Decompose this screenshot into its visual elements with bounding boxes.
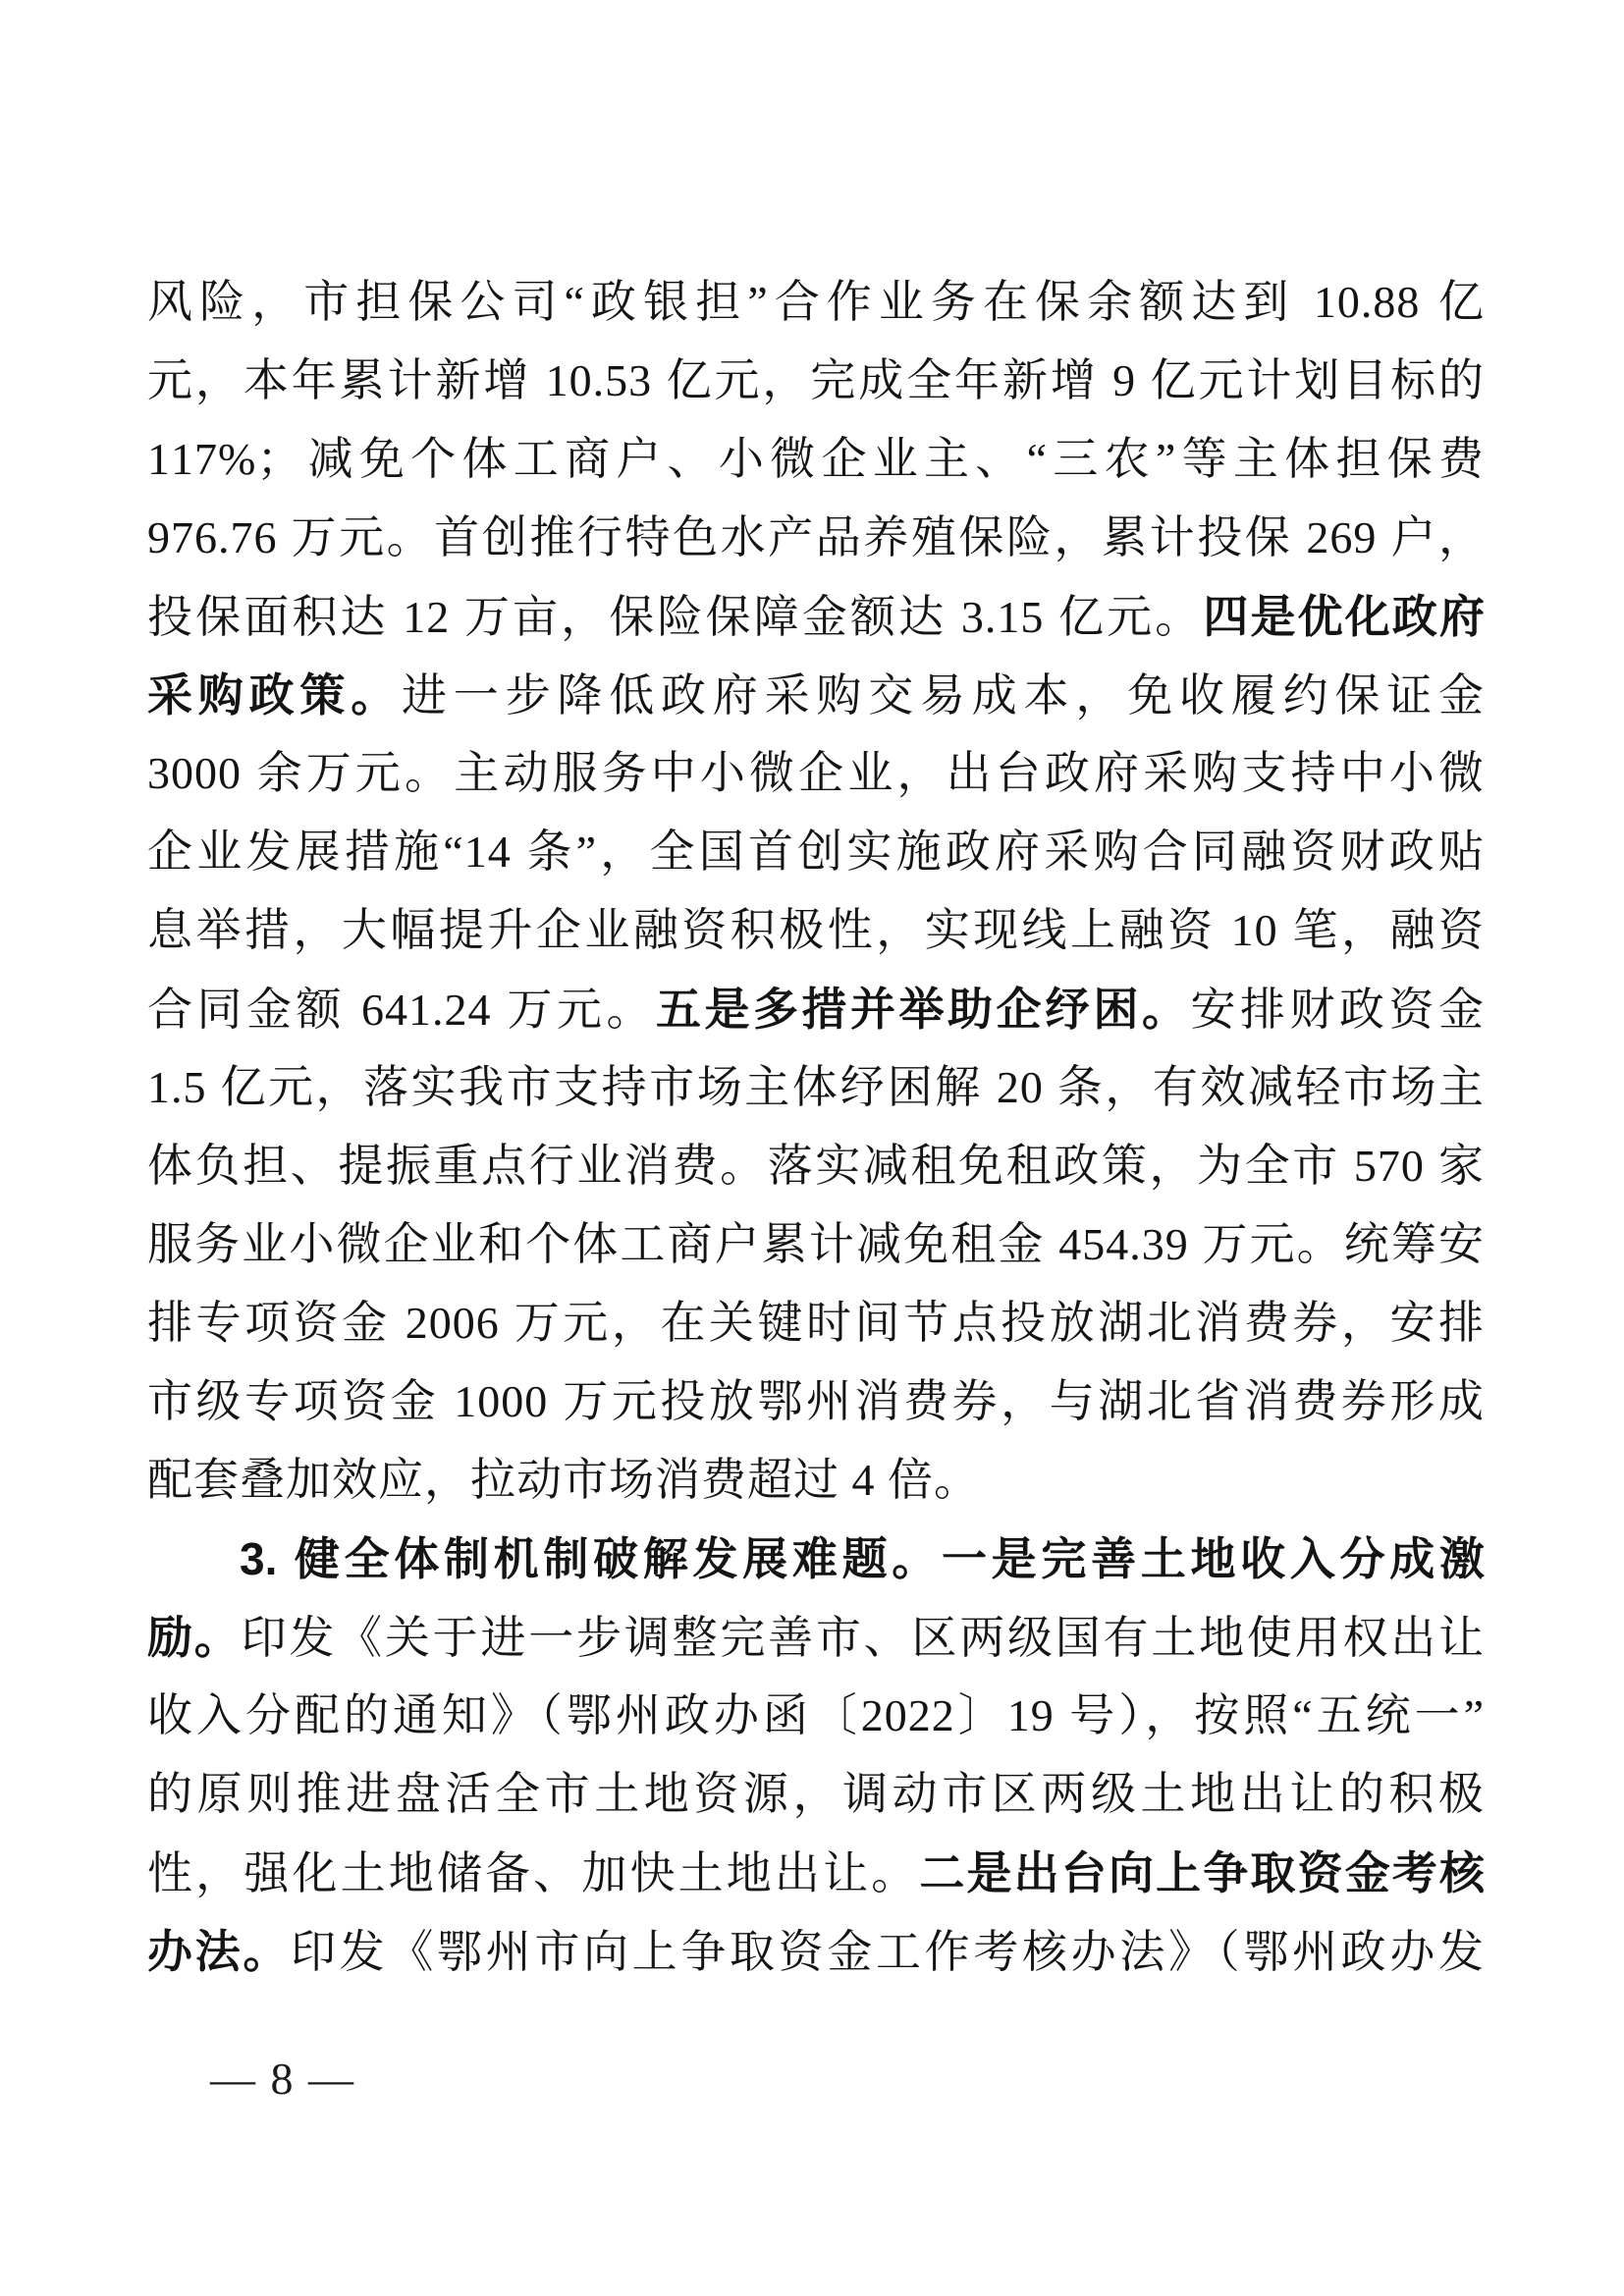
- text-line: 收入分配的通知》（鄂州政办函〔2022〕19 号），按照“五统一”: [147, 1677, 1485, 1755]
- text-line: 体负担、提振重点行业消费。落实减租免租政策，为全市 570 家: [147, 1127, 1485, 1205]
- text-segment: 印发《关于进一步调整完善市、区两级国有土地使用权出让: [242, 1613, 1485, 1663]
- text-segment: 元，本年累计新增 10.53 亿元，完成全年新增 9 亿元计划目标的: [147, 355, 1485, 405]
- page-number: — 8 —: [210, 2054, 355, 2104]
- bold-text-segment: 采购政策。: [147, 669, 402, 721]
- text-line: 合同金额 641.24 万元。五是多措并举助企纾困。安排财政资金: [147, 970, 1485, 1048]
- page-footer: — 8 —: [210, 2050, 355, 2109]
- text-segment: 体负担、提振重点行业消费。落实减租免租政策，为全市 570 家: [147, 1141, 1485, 1191]
- text-segment: 息举措，大幅提升企业融资积极性，实现线上融资 10 笔，融资: [147, 905, 1485, 955]
- text-segment: 117%；减免个体工商户、小微企业主、“三农”等主体担保费: [147, 434, 1485, 484]
- text-line: 风险，市担保公司“政银担”合作业务在保余额达到 10.88 亿: [147, 263, 1485, 342]
- bold-text-segment: 五是多措并举助企纾困。: [656, 984, 1191, 1035]
- text-segment: 印发《鄂州市向上争取资金工作考核办法》（鄂州政办发: [291, 1927, 1485, 1977]
- text-segment: 进一步降低政府采购交易成本，免收履约保证金: [402, 670, 1485, 721]
- text-segment: 3000 余万元。主动服务中小微企业，出台政府采购支持中小微: [147, 748, 1485, 798]
- text-segment: 配套叠加效应，拉动市场消费超过 4 倍。: [147, 1455, 980, 1505]
- text-segment: 服务业小微企业和个体工商户累计减免租金 454.39 万元。统筹安: [147, 1219, 1485, 1269]
- text-line: 企业发展措施“14 条”，全国首创实施政府采购合同融资财政贴: [147, 813, 1485, 891]
- text-line: 息举措，大幅提升企业融资积极性，实现线上融资 10 笔，融资: [147, 891, 1485, 970]
- text-line: 配套叠加效应，拉动市场消费超过 4 倍。: [147, 1441, 1485, 1520]
- bold-text-segment: 四是优化政府: [1203, 591, 1485, 642]
- text-line: 办法。印发《鄂州市向上争取资金工作考核办法》（鄂州政办发: [147, 1912, 1485, 1991]
- text-segment: 风险，市担保公司“政银担”合作业务在保余额达到 10.88 亿: [147, 277, 1485, 327]
- bold-text-segment: 二是出台向上争取资金考核: [919, 1847, 1485, 1898]
- bold-text-segment: 3. 健全体制机制破解发展难题。一是完善土地收入分成激: [240, 1533, 1485, 1584]
- text-line: 励。印发《关于进一步调整完善市、区两级国有土地使用权出让: [147, 1598, 1485, 1677]
- bold-text-segment: 办法。: [147, 1926, 291, 1977]
- text-segment: 的原则推进盘活全市土地资源，调动市区两级土地出让的积极: [147, 1769, 1485, 1819]
- text-line: 投保面积达 12 万亩，保险保障金额达 3.15 亿元。四是优化政府: [147, 577, 1485, 656]
- text-line: 采购政策。进一步降低政府采购交易成本，免收履约保证金: [147, 656, 1485, 734]
- text-line: 976.76 万元。首创推行特色水产品养殖保险，累计投保 269 户，: [147, 499, 1485, 577]
- text-segment: 性，强化土地储备、加快土地出让。: [147, 1848, 919, 1898]
- text-segment: 976.76 万元。首创推行特色水产品养殖保险，累计投保 269 户，: [147, 512, 1485, 562]
- text-line: 1.5 亿元，落实我市支持市场主体纾困解 20 条，有效减轻市场主: [147, 1048, 1485, 1127]
- text-line: 排专项资金 2006 万元，在关键时间节点投放湖北消费券，安排: [147, 1284, 1485, 1362]
- text-line: 3000 余万元。主动服务中小微企业，出台政府采购支持中小微: [147, 734, 1485, 813]
- text-segment: 合同金额 641.24 万元。: [147, 985, 656, 1035]
- text-segment: 1.5 亿元，落实我市支持市场主体纾困解 20 条，有效减轻市场主: [147, 1062, 1485, 1112]
- text-line: 的原则推进盘活全市土地资源，调动市区两级土地出让的积极: [147, 1755, 1485, 1834]
- text-segment: 市级专项资金 1000 万元投放鄂州消费券，与湖北省消费券形成: [147, 1376, 1485, 1426]
- text-segment: 企业发展措施“14 条”，全国首创实施政府采购合同融资财政贴: [147, 827, 1485, 877]
- text-line: 服务业小微企业和个体工商户累计减免租金 454.39 万元。统筹安: [147, 1205, 1485, 1284]
- text-segment: 收入分配的通知》（鄂州政办函〔2022〕19 号），按照“五统一”: [147, 1690, 1485, 1740]
- text-line: 市级专项资金 1000 万元投放鄂州消费券，与湖北省消费券形成: [147, 1362, 1485, 1441]
- text-line: 3. 健全体制机制破解发展难题。一是完善土地收入分成激: [147, 1520, 1485, 1598]
- text-line: 117%；减免个体工商户、小微企业主、“三农”等主体担保费: [147, 420, 1485, 499]
- text-line: 性，强化土地储备、加快土地出让。二是出台向上争取资金考核: [147, 1834, 1485, 1912]
- document-page: 风险，市担保公司“政银担”合作业务在保余额达到 10.88 亿元，本年累计新增 …: [0, 0, 1624, 2296]
- text-segment: 安排财政资金: [1191, 985, 1486, 1035]
- text-segment: 投保面积达 12 万亩，保险保障金额达 3.15 亿元。: [147, 592, 1203, 642]
- document-body: 风险，市担保公司“政银担”合作业务在保余额达到 10.88 亿元，本年累计新增 …: [147, 263, 1485, 1991]
- text-line: 元，本年累计新增 10.53 亿元，完成全年新增 9 亿元计划目标的: [147, 342, 1485, 420]
- text-segment: 排专项资金 2006 万元，在关键时间节点投放湖北消费券，安排: [147, 1298, 1485, 1348]
- bold-text-segment: 励。: [147, 1612, 242, 1663]
